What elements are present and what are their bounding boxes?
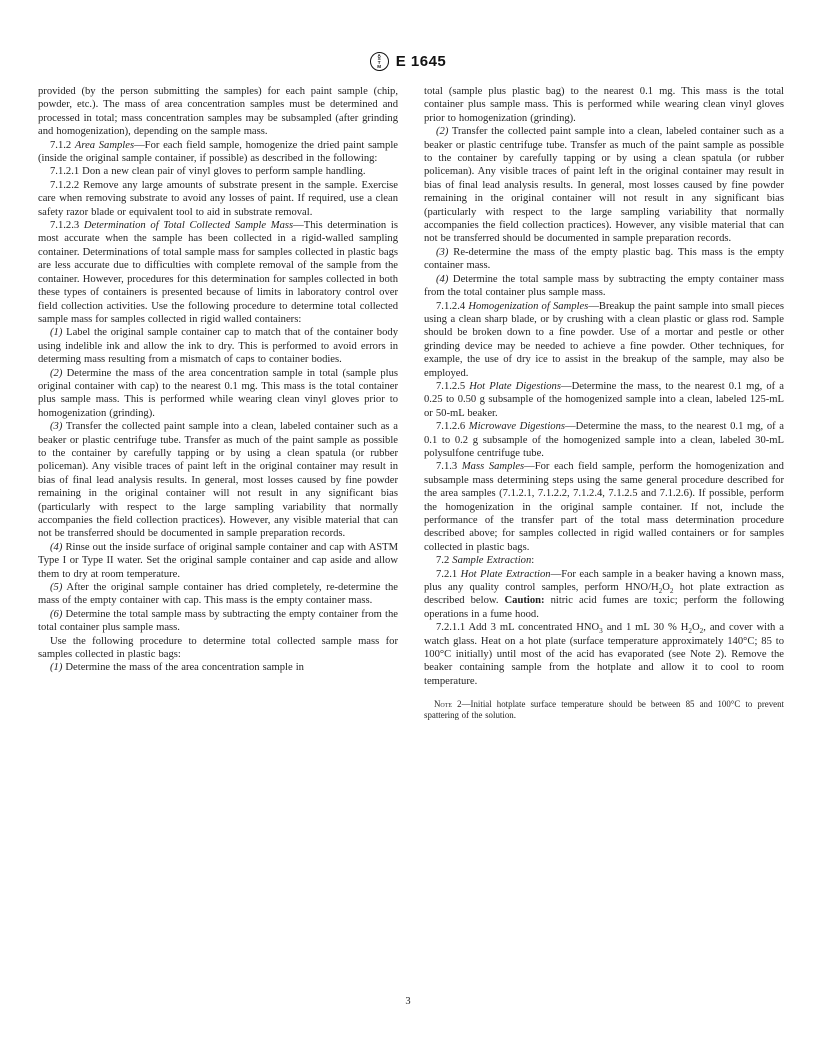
two-column-body: provided (by the person submitting the s… — [0, 85, 816, 722]
page-header: A S T M E 1645 — [0, 50, 816, 72]
note-paragraph: Note 2—Initial hotplate surface temperat… — [424, 699, 784, 721]
body-paragraph: (2) Transfer the collected paint sample … — [424, 125, 784, 246]
body-paragraph: (2) Determine the mass of the area conce… — [38, 367, 398, 421]
standard-designation: E 1645 — [396, 53, 447, 70]
body-paragraph: (1) Determine the mass of the area conce… — [38, 661, 398, 674]
body-paragraph: 7.1.2.6 Microwave Digestions—Determine t… — [424, 420, 784, 460]
body-paragraph: provided (by the person submitting the s… — [38, 85, 398, 139]
body-paragraph: 7.1.2.4 Homogenization of Samples—Breaku… — [424, 300, 784, 380]
body-paragraph: 7.1.2.3 Determination of Total Collected… — [38, 219, 398, 326]
body-paragraph: 7.1.2.5 Hot Plate Digestions—Determine t… — [424, 380, 784, 420]
body-paragraph: (1) Label the original sample container … — [38, 326, 398, 366]
body-paragraph: 7.2.1 Hot Plate Extraction—For each samp… — [424, 568, 784, 622]
body-paragraph: (6) Determine the total sample mass by s… — [38, 608, 398, 635]
page-number: 3 — [0, 996, 816, 1007]
body-paragraph: 7.2.1.1 Add 3 mL concentrated HNO3 and 1… — [424, 621, 784, 688]
body-paragraph: total (sample plus plastic bag) to the n… — [424, 85, 784, 125]
body-paragraph: 7.1.2 Area Samples—For each field sample… — [38, 139, 398, 166]
body-paragraph: (4) Rinse out the inside surface of orig… — [38, 541, 398, 581]
body-paragraph: 7.2 Sample Extraction: — [424, 554, 784, 567]
document-page: A S T M E 1645 provided (by the person s… — [0, 0, 816, 1056]
body-paragraph: (4) Determine the total sample mass by s… — [424, 273, 784, 300]
body-paragraph: 7.1.2.1 Don a new clean pair of vinyl gl… — [38, 165, 398, 178]
astm-logo-letters: A S T M — [377, 54, 381, 68]
astm-logo-icon: A S T M — [370, 52, 389, 71]
body-paragraph: 7.1.3 Mass Samples—For each field sample… — [424, 460, 784, 554]
column-left: provided (by the person submitting the s… — [38, 85, 398, 722]
column-right: total (sample plus plastic bag) to the n… — [424, 85, 784, 722]
body-paragraph: (5) After the original sample container … — [38, 581, 398, 608]
body-paragraph: (3) Re-determine the mass of the empty p… — [424, 246, 784, 273]
body-paragraph: 7.1.2.2 Remove any large amounts of subs… — [38, 179, 398, 219]
body-paragraph: (3) Transfer the collected paint sample … — [38, 420, 398, 541]
body-paragraph: Use the following procedure to determine… — [38, 635, 398, 662]
